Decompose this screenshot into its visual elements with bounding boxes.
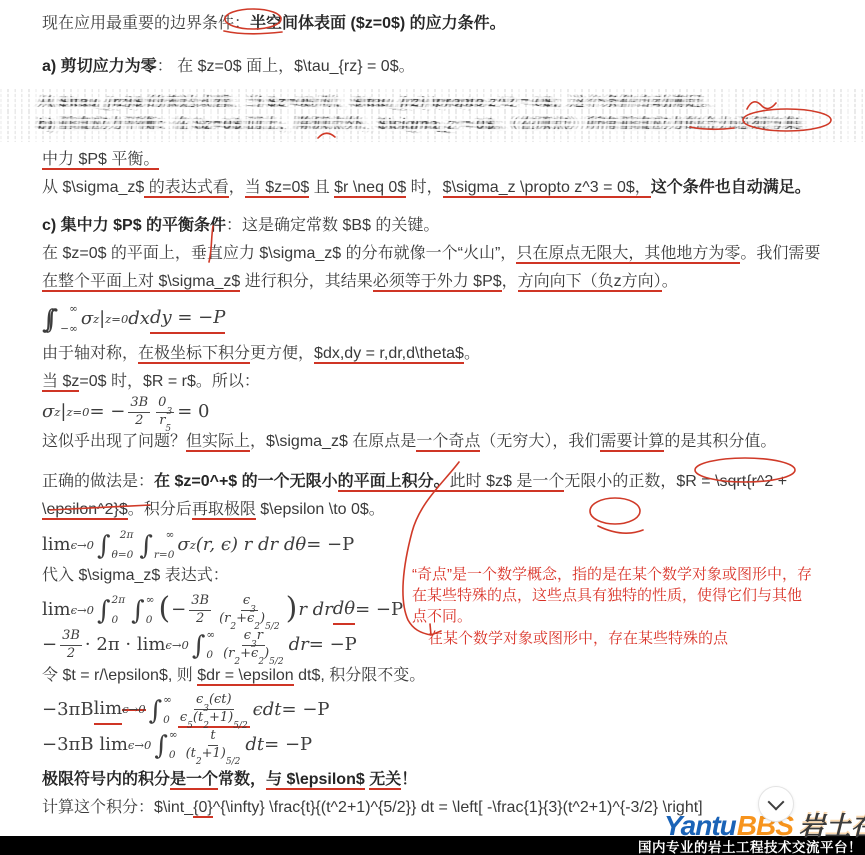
- logo-chinese-text: 岩土在线: [799, 806, 865, 843]
- math-token: ∫: [149, 697, 163, 725]
- text-segment: 极限符号内的积分: [42, 771, 170, 788]
- math-token: ϵdt: [253, 696, 282, 724]
- text-segment: 计算这个积分：$\int_: [42, 799, 193, 816]
- math-token: r: [257, 628, 263, 645]
- math-token: ∞0: [163, 695, 172, 725]
- text-segment: 当 $z: [42, 373, 79, 392]
- math-limit-lower: 0: [169, 750, 176, 761]
- red-note-singularity-2: 在某个数学对象或图形中，存在某些特殊的点: [428, 628, 848, 649]
- text-segment: 只在原点无限大，其他地方为零: [516, 245, 740, 264]
- text-segment: ，: [502, 273, 518, 290]
- text-segment: ^{\infty} \frac{t}{(t^2+1)^{5/2}} dt = \…: [213, 799, 703, 816]
- math-token: +ϵ: [240, 646, 258, 663]
- math-limit-upper: 2π: [120, 530, 134, 541]
- text-segment: 一个奇点: [416, 433, 480, 452]
- math-limit-lower: 0: [163, 715, 170, 726]
- text-segment: 。积分后: [128, 501, 192, 518]
- math-token: ∞−∞: [60, 304, 78, 334]
- text-segment: 在 $z=0^+$ 的一个无限小: [154, 473, 338, 490]
- math-token: = −P: [282, 696, 330, 724]
- text-segment: 代入 $\sigma_z$ 表达式：: [42, 567, 229, 584]
- math-limit-upper: 2π: [112, 595, 126, 606]
- paragraph-constant-conclusion: 极限符号内的积分是一个常数，与 $\epsilon$ 无关！: [42, 766, 835, 794]
- text-segment: =0$ 时，$R = r$。所以：: [79, 373, 260, 390]
- math-token: σ: [42, 398, 54, 426]
- text-segment: 这个条件也自动满足。: [651, 179, 811, 196]
- math-token: · 2π · lim: [85, 631, 165, 659]
- math-token: +ϵ: [236, 611, 254, 628]
- math-token: (t: [186, 746, 196, 763]
- text-segment: 。: [662, 273, 678, 290]
- math-token: ): [286, 595, 298, 623]
- math-token: t: [210, 728, 215, 745]
- text-segment: 边界条件：: [170, 15, 250, 32]
- math-token: dx: [128, 305, 150, 333]
- paragraph-shear-stress: a) 剪切应力为零： 在 $z=0$ 面上，$\tau_{rz} = 0$。: [42, 53, 835, 81]
- text-segment: 小的正数，$R = \sqrt{r^2 +: [596, 473, 787, 490]
- math-token: = −P: [355, 596, 403, 624]
- math-token: −: [171, 596, 186, 624]
- chevron-down-icon: [768, 793, 785, 810]
- math-token: ∞0: [146, 595, 155, 625]
- formula-t-substituted: −3πB limϵ→0∫∞0ϵ3(ϵt)ϵ5(t2+1)5/2 ϵdt = −P: [42, 692, 835, 728]
- document-page: 现在应用最重要的边界条件：半空间体表面 ($z=0$) 的应力条件。 a) 剪切…: [0, 0, 865, 855]
- text-segment: 此时 $z$ 是一个: [450, 473, 565, 492]
- text-segment: 。我们需要: [740, 245, 820, 262]
- math-token: t(t2+1)5/2: [184, 728, 243, 763]
- text-segment: 但实际上: [186, 433, 250, 452]
- text-segment: a) 剪切应力为零: [42, 58, 157, 75]
- text-segment: 正确的做法是：: [42, 473, 154, 490]
- math-token: 2: [67, 646, 75, 663]
- text-segment: 无限: [564, 473, 596, 490]
- text-segment: 从: [42, 179, 62, 196]
- math-token: ∞0: [169, 730, 178, 760]
- text-segment: 的表达式看: [144, 179, 228, 198]
- paragraph-singularity: 这似乎出现了问题？但实际上，$\sigma_z$ 在原点是一个奇点（无穷大），我…: [42, 428, 835, 456]
- math-token: −3πB lim: [42, 731, 128, 759]
- math-token: = −P: [306, 531, 354, 559]
- math-token: 3B: [130, 395, 148, 412]
- math-token: 3B2: [189, 593, 211, 628]
- paragraph-volcano: 在 $z=0$ 的平面上，垂直应力 $\sigma_z$ 的分布就像一个“火山”…: [42, 240, 835, 296]
- math-token: (ϵt): [209, 692, 232, 709]
- math-token: = 0: [177, 398, 209, 426]
- math-limit-lower: 0: [206, 650, 213, 661]
- paragraph-force-balance-cont: 中力 $P$ 平衡。: [42, 146, 835, 174]
- text-segment: $r \neq 0$: [334, 179, 406, 198]
- math-token: σ: [177, 531, 189, 559]
- glitch-line-1: 从 $\tau_{rz}$ 的表达式看，当 $z=0$ 时，$\tau_{rz}…: [0, 89, 865, 111]
- text-segment: ，$\sigma_z$ 在原点是: [250, 433, 416, 450]
- math-limit-lower: r=0: [154, 550, 175, 561]
- math-token: lim: [42, 531, 71, 559]
- math-token: σ: [81, 305, 93, 333]
- math-token: 3B2: [128, 395, 150, 430]
- text-segment: 是一个: [170, 771, 218, 790]
- math-token: −3πB: [42, 696, 94, 724]
- text-segment: ，: [229, 179, 245, 196]
- math-token: = −P: [309, 631, 357, 659]
- text-segment: 在 $z=0$ 的平面上，垂直应力 $\sigma_z$ 的分布就像一个“火山”…: [42, 245, 516, 262]
- text-segment: 令 $t = r/\epsilon$, 则: [42, 667, 197, 684]
- text-segment: 更方便，: [250, 345, 314, 362]
- math-token: = −: [89, 398, 125, 426]
- text-segment: {0}: [193, 799, 213, 818]
- math-token: ∫: [97, 597, 111, 625]
- math-token: ∞0: [206, 630, 215, 660]
- text-segment: 进行积分，其结果: [240, 273, 372, 290]
- text-segment: 的平面上积分。: [338, 473, 450, 492]
- text-segment: 再取极限: [192, 501, 256, 520]
- text-segment: ： 在 $z=0$ 面上，$\tau_{rz} = 0$。: [157, 58, 415, 75]
- math-limit-upper: ∞: [146, 595, 155, 606]
- math-token: ϵ: [243, 593, 250, 610]
- math-token: ϵ: [196, 692, 203, 709]
- math-token: r dr: [298, 596, 332, 624]
- formula-surface-integral: ∫∫∞−∞σz|z=0 dx dy = −P: [42, 302, 835, 336]
- math-token: dr: [289, 631, 309, 659]
- math-token: (t: [193, 710, 203, 727]
- text-segment: $\sigma_z \propto z^3 = 0$，: [443, 179, 651, 198]
- text-segment: $dr = \epsilon: [197, 667, 294, 686]
- math-token: ϵ3(ϵt)ϵ5(t2+1)5/2: [178, 692, 250, 729]
- math-limit-lower: 0: [112, 615, 119, 626]
- math-limit-lower: −∞: [60, 324, 78, 335]
- math-limit-upper: ∞: [163, 695, 172, 706]
- math-limit-upper: ∞: [166, 530, 175, 541]
- math-token: +1): [202, 746, 226, 763]
- math-token: 3B2: [60, 628, 82, 663]
- math-limit-upper: ∞: [69, 304, 78, 315]
- paragraph-point-force-heading: c) 集中力 $P$ 的平衡条件：这是确定常数 $B$ 的关键。: [42, 212, 835, 240]
- math-token: ∫: [154, 732, 168, 760]
- math-token: −: [42, 631, 57, 659]
- text-segment: c) 集中力 $P$ 的平衡条件: [42, 217, 226, 234]
- text-segment: 必须等于外力 $P$: [373, 273, 502, 292]
- formula-t-final: −3πB limϵ→0∫∞0t(t2+1)5/2 dt = −P: [42, 728, 835, 762]
- text-segment: $dx,dy = r,dr,d\theta$: [314, 345, 464, 364]
- text-segment: 且: [309, 179, 334, 196]
- math-token: ϵ3(r2+ϵ2)5/2: [217, 593, 282, 628]
- text-segment: 这似乎出现了问题？: [42, 433, 186, 450]
- paragraph-polar-coordinates: 由于轴对称，在极坐标下积分更方便，$dx,dy = r,dr,d\theta$。: [42, 340, 835, 368]
- paragraph-correct-method: 正确的做法是：在 $z=0^+$ 的一个无限小的平面上积分。此时 $z$ 是一个…: [42, 468, 835, 524]
- text-segment: 现在应用: [42, 15, 106, 32]
- text-segment: ！: [401, 771, 417, 788]
- scroll-down-button[interactable]: [758, 786, 794, 822]
- formula-sigma-zero: σz|z=0 = −3B203r5 = 0: [42, 396, 835, 428]
- glitch-text-1: 从 $\tau_{rz}$ 的表达式看，当 $z=0$ 时，$\tau_{rz}…: [0, 92, 721, 111]
- text-segment: 在整个平面上对 $\sigma_z$: [42, 273, 240, 292]
- text-segment: 在极坐标下积分: [138, 345, 250, 364]
- text-segment: ：这是确定常数 $B$ 的关键。: [226, 217, 439, 234]
- math-token: ϵ3r(r2+ϵ2)5/2: [221, 628, 286, 663]
- paragraph-z-equals-zero: 当 $z=0$ 时，$R = r$。所以：: [42, 368, 835, 396]
- math-token: ϵ: [180, 710, 187, 727]
- text-segment: 由于轴对称，: [42, 345, 138, 362]
- math-token: 2π0: [112, 595, 126, 625]
- text-segment: 当 $z=0$: [245, 179, 310, 198]
- text-segment: dt$, 积分限不变。: [294, 667, 426, 684]
- math-token: (r: [219, 611, 230, 628]
- text-segment: 的是其积分值。: [664, 433, 776, 450]
- paragraph-boundary-intro: 现在应用最重要的边界条件：半空间体表面 ($z=0$) 的应力条件。: [42, 10, 835, 38]
- text-segment: 中力 $P$ 平衡。: [42, 151, 159, 170]
- math-token: 3B: [191, 593, 209, 610]
- paragraph-substitution-t: 令 $t = r/\epsilon$, 则 $dr = \epsilon dt$…: [42, 662, 835, 690]
- math-limit-upper: ∞: [169, 730, 178, 741]
- math-token: (r, ϵ) r dr dθ: [196, 531, 306, 559]
- math-token: 03r5: [156, 395, 174, 430]
- math-token: ∫∫: [42, 306, 47, 334]
- text-segment: 时，: [406, 179, 442, 196]
- math-token: 2: [135, 413, 143, 430]
- math-token: 0: [158, 395, 166, 412]
- math-token: 2πθ=0: [112, 530, 134, 560]
- math-limit-lower: θ=0: [112, 550, 134, 561]
- red-note-singularity: “奇点”是一个数学概念，指的是在某个数学对象或图形中，存在某些特殊的点，这些点具…: [412, 564, 814, 627]
- math-token: dt: [245, 731, 264, 759]
- math-token: (: [158, 595, 170, 623]
- logo-yantu-text: Yantu: [664, 810, 736, 842]
- text-segment: 与 $\epsilon$: [266, 771, 365, 790]
- text-segment: 半空间体表面 ($z=0$) 的应力条件。: [250, 15, 506, 32]
- glitch-text-2: b) 垂直应力平衡：在 $z=0$ 面上，除原点外，$\sigma_z = 0$…: [0, 112, 802, 137]
- text-segment: $\sigma_z$: [62, 179, 144, 196]
- text-segment: （无穷大），我们: [480, 433, 600, 450]
- math-token: ∞r=0: [154, 530, 175, 560]
- formula-limit-integral: limϵ→0∫2πθ=0∫∞r=0σz(r, ϵ) r dr dθ = −P: [42, 528, 835, 562]
- document-content: 现在应用最重要的边界条件：半空间体表面 ($z=0$) 的应力条件。 a) 剪切…: [0, 0, 865, 822]
- text-segment: 。: [464, 345, 480, 362]
- math-token: dy = −P: [150, 304, 225, 334]
- math-token: (r: [223, 646, 234, 663]
- math-token: ∫: [192, 632, 206, 660]
- text-segment: 最重要的: [106, 15, 170, 32]
- math-token: = −P: [264, 731, 312, 759]
- math-token: +1): [209, 710, 233, 727]
- math-token: ϵ: [244, 628, 251, 645]
- math-token: ∫: [97, 532, 111, 560]
- math-limit-lower: 0: [146, 615, 153, 626]
- math-token: lim: [42, 596, 71, 624]
- math-token: 2: [196, 611, 204, 628]
- math-token: ∫: [139, 532, 153, 560]
- text-segment: \epsilon^2}$: [42, 501, 128, 520]
- math-token: 3B: [62, 628, 80, 645]
- glitch-line-2: b) 垂直应力平衡：在 $z=0$ 面上，除原点外，$\sigma_z = 0$…: [0, 111, 865, 142]
- math-token: ϵ→0: [122, 709, 145, 711]
- paragraph-sigma-z-condition: 从 $\sigma_z$ 的表达式看，当 $z=0$ 且 $r \neq 0$ …: [42, 174, 835, 202]
- math-token: lim: [94, 695, 123, 725]
- math-limit-upper: ∞: [206, 630, 215, 641]
- text-segment: 无关: [369, 771, 401, 790]
- text-segment: $\epsilon \to 0$。: [256, 501, 385, 518]
- math-token: ∫: [131, 597, 145, 625]
- text-segment: 方向向下（负z方向）: [518, 273, 662, 292]
- text-segment: 常数，: [218, 771, 266, 788]
- text-segment: 需要计算: [600, 433, 664, 452]
- math-token: dθ: [333, 595, 355, 625]
